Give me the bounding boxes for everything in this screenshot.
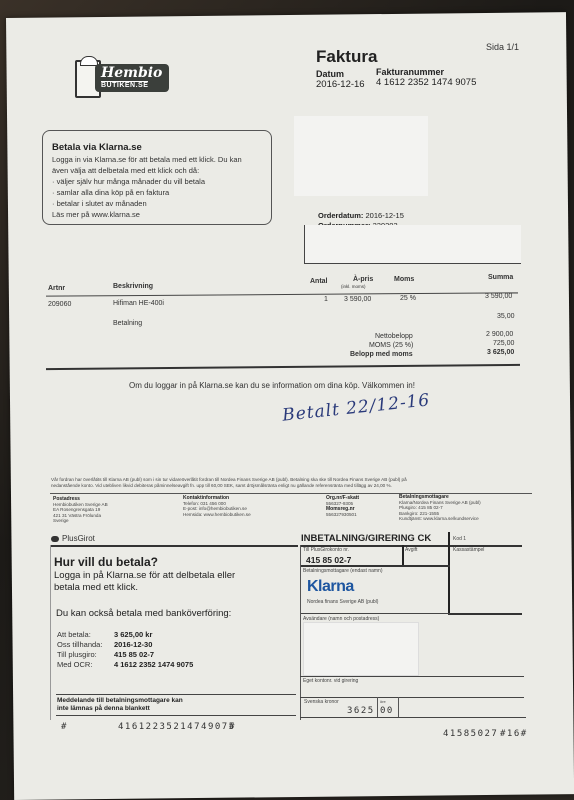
invoice-date: 2016-12-16 xyxy=(316,79,365,90)
footer-line: 556327930501 xyxy=(326,512,359,517)
klarna-welcome-note: Om du loggar in på Klarna.se kan du se i… xyxy=(129,381,415,390)
cell-quantity: 1 xyxy=(324,296,328,303)
klarna-box-line: · samlar alla dina köp på en faktura xyxy=(52,187,169,198)
message-notice-line: Meddelande till betalningsmottagare kan xyxy=(57,697,183,705)
amount-due-label: Att betala: xyxy=(57,630,102,640)
redacted-customer-address xyxy=(294,116,428,196)
col-header-unit-price: À-pris xyxy=(353,276,373,283)
how-to-pay-text: Logga in på Klarna.se för att delbetala … xyxy=(54,570,235,582)
net-amount-label: Nettobelopp xyxy=(375,333,413,340)
giro-left-border xyxy=(50,545,51,720)
order-date: 2016-12-15 xyxy=(366,211,404,220)
message-notice-line: inte lämnas på denna blankett xyxy=(57,705,183,713)
kod-label: Kod 1 xyxy=(453,536,466,542)
invoice-number-label: Fakturanummer xyxy=(376,67,444,77)
total-amount: 3 625,00 xyxy=(487,349,514,356)
ore-label: öre xyxy=(380,699,386,704)
fee-divider xyxy=(402,545,404,565)
footer-contact-info: Kontaktinformation Telefon: 031 456 000 … xyxy=(183,495,251,517)
page-indicator: Sida 1/1 xyxy=(486,42,519,52)
kronor-amount: 3625 xyxy=(347,706,375,716)
cell-unit-price: 3 590,00 xyxy=(344,296,371,303)
assignment-fine-print: Vår fordran har överlåtits till Klarna A… xyxy=(51,477,531,488)
net-amount: 2 900,00 xyxy=(486,331,513,338)
footer-postal-address: Postadress Hembiobutiken Sverige AB EA R… xyxy=(53,496,108,524)
invoice-document: Hembio BUTIKEN.SE Sida 1/1 Faktura Datum… xyxy=(0,0,574,800)
how-to-pay-heading: Hur vill du betala? xyxy=(54,555,158,569)
bank-transfer-text: Du kan också betala med banköverföring: xyxy=(56,608,231,620)
plusgiro-label: Till plusgiro: xyxy=(57,650,102,660)
form-divider-vertical xyxy=(448,532,450,614)
due-date: 2016-12-30 xyxy=(114,640,193,650)
payment-details: Att betala: Oss tillhanda: Till plusgiro… xyxy=(57,630,102,670)
ocr-hash: # xyxy=(229,722,236,732)
klarna-legal-name: Nordea finans Sverige AB (publ) xyxy=(307,599,378,605)
klarna-box-line: Läs mer på www.klarna.se xyxy=(52,209,140,220)
col-header-vat: Moms xyxy=(394,276,414,283)
klarna-info-box: Betala via Klarna.se Logga in via Klarna… xyxy=(42,130,272,225)
cell-description: Hifiman HE-400i xyxy=(113,300,164,307)
sender-field[interactable] xyxy=(303,622,419,676)
plusgirot-icon xyxy=(51,536,59,542)
cashier-stamp-label: Kassastämpel xyxy=(453,547,484,553)
cell-sum: 35,00 xyxy=(497,313,515,320)
plusgiro-number: 415 85 02-7 xyxy=(114,650,193,660)
ocr-label: Med OCR: xyxy=(57,660,102,670)
form-line xyxy=(448,613,522,615)
due-date-label: Oss tillhanda: xyxy=(57,640,102,650)
ocr-reference-line: 41612235214749075 xyxy=(118,722,236,732)
klarna-box-heading: Betala via Klarna.se xyxy=(52,142,142,153)
order-date-label: Orderdatum: xyxy=(318,211,363,220)
fee-label: Avgift xyxy=(405,547,417,553)
logo-text: Hembio xyxy=(101,65,162,81)
ocr-number: 4 1612 2352 1474 9075 xyxy=(114,660,193,670)
invoice-title: Faktura xyxy=(316,47,377,67)
cell-sum: 3 590,00 xyxy=(485,293,512,300)
footer-line: Sverige xyxy=(53,518,108,523)
payment-values: 3 625,00 kr 2016-12-30 415 85 02-7 4 161… xyxy=(114,630,193,670)
own-account-label: Eget kontonr. vid girering xyxy=(303,678,358,684)
klarna-box-line: · väljer själv hur många månader du vill… xyxy=(52,176,205,187)
redacted-delivery-address xyxy=(304,225,521,264)
footer-line: Kundtjänst: www.klarna.se/kundservice xyxy=(399,516,481,521)
ore-amount: 00 xyxy=(380,706,394,716)
ore-divider xyxy=(377,697,378,717)
ocr-hash: # xyxy=(61,722,68,732)
col-header-quantity: Antal xyxy=(310,278,328,285)
form-bottom-line xyxy=(300,717,526,718)
hembio-logo: Hembio BUTIKEN.SE xyxy=(73,56,169,98)
how-to-pay-text: betala med ett klick. xyxy=(54,582,138,594)
plusgirot-brand: PlusGirot xyxy=(51,534,95,543)
cell-artnr: 209060 xyxy=(48,301,71,308)
invoice-number: 4 1612 2352 1474 9075 xyxy=(376,77,476,88)
kronor-label: Svenska kronor xyxy=(304,699,339,705)
footer-line: Hemsida: www.hembiobutiken.se xyxy=(183,512,251,517)
total-label: Belopp med moms xyxy=(350,351,413,358)
payee-label: Betalningsmottagare (endast namn) xyxy=(303,568,383,574)
vat-amount: 725,00 xyxy=(493,340,514,347)
klarna-logo: Klarna xyxy=(307,578,354,596)
form-line xyxy=(300,697,524,698)
cell-description: Betalning xyxy=(113,320,142,327)
handwritten-paid-note: Betalt 22/12-16 xyxy=(281,390,431,425)
giro-form-title: INBETALNING/GIRERING CK xyxy=(301,533,431,544)
form-left-border xyxy=(300,545,301,720)
col-header-artnr: Artnr xyxy=(48,285,65,292)
ocr-code: #16# xyxy=(500,729,528,739)
ore-divider-right xyxy=(398,697,399,717)
date-label: Datum xyxy=(316,69,344,79)
giro-left-top-line xyxy=(50,545,298,547)
form-line xyxy=(300,613,450,614)
col-header-description: Beskrivning xyxy=(113,283,153,290)
plusgirot-label: PlusGirot xyxy=(62,534,95,543)
message-bottom-line xyxy=(56,715,296,716)
footer-org-number: Org.nr/F-skatt 556327-9305 Momsreg.nr 55… xyxy=(326,495,359,518)
klarna-box-line: även välja att delbetala med ett klick o… xyxy=(52,165,199,176)
footer-payee: Betalningsmottagare Klarna/Nordea Finans… xyxy=(399,494,481,522)
fine-print-line: nedanstående konto. Vid utebliven likvid… xyxy=(51,483,531,489)
klarna-box-line: · betalar i slutet av månaden xyxy=(52,198,147,209)
col-header-unit-price-note: (inkl. moms) xyxy=(341,284,366,289)
table-bottom-divider xyxy=(46,364,520,370)
ocr-account-line: 41585027 xyxy=(443,729,498,739)
vat-label: MOMS (25 %) xyxy=(369,342,413,349)
account-label: Till PlusGirokonto nr. xyxy=(303,547,349,553)
cell-vat: 25 % xyxy=(400,295,416,302)
logo-subtext: BUTIKEN.SE xyxy=(101,81,148,89)
col-header-sum: Summa xyxy=(488,274,513,281)
message-top-line xyxy=(56,694,296,695)
message-notice: Meddelande till betalningsmottagare kan … xyxy=(57,697,183,713)
amount-due: 3 625,00 kr xyxy=(114,630,193,640)
form-line xyxy=(300,565,450,567)
form-line xyxy=(300,676,524,677)
klarna-box-line: Logga in via Klarna.se för att betala me… xyxy=(52,154,242,165)
table-header-divider xyxy=(46,292,518,296)
account-number: 415 85 02-7 xyxy=(306,555,351,565)
